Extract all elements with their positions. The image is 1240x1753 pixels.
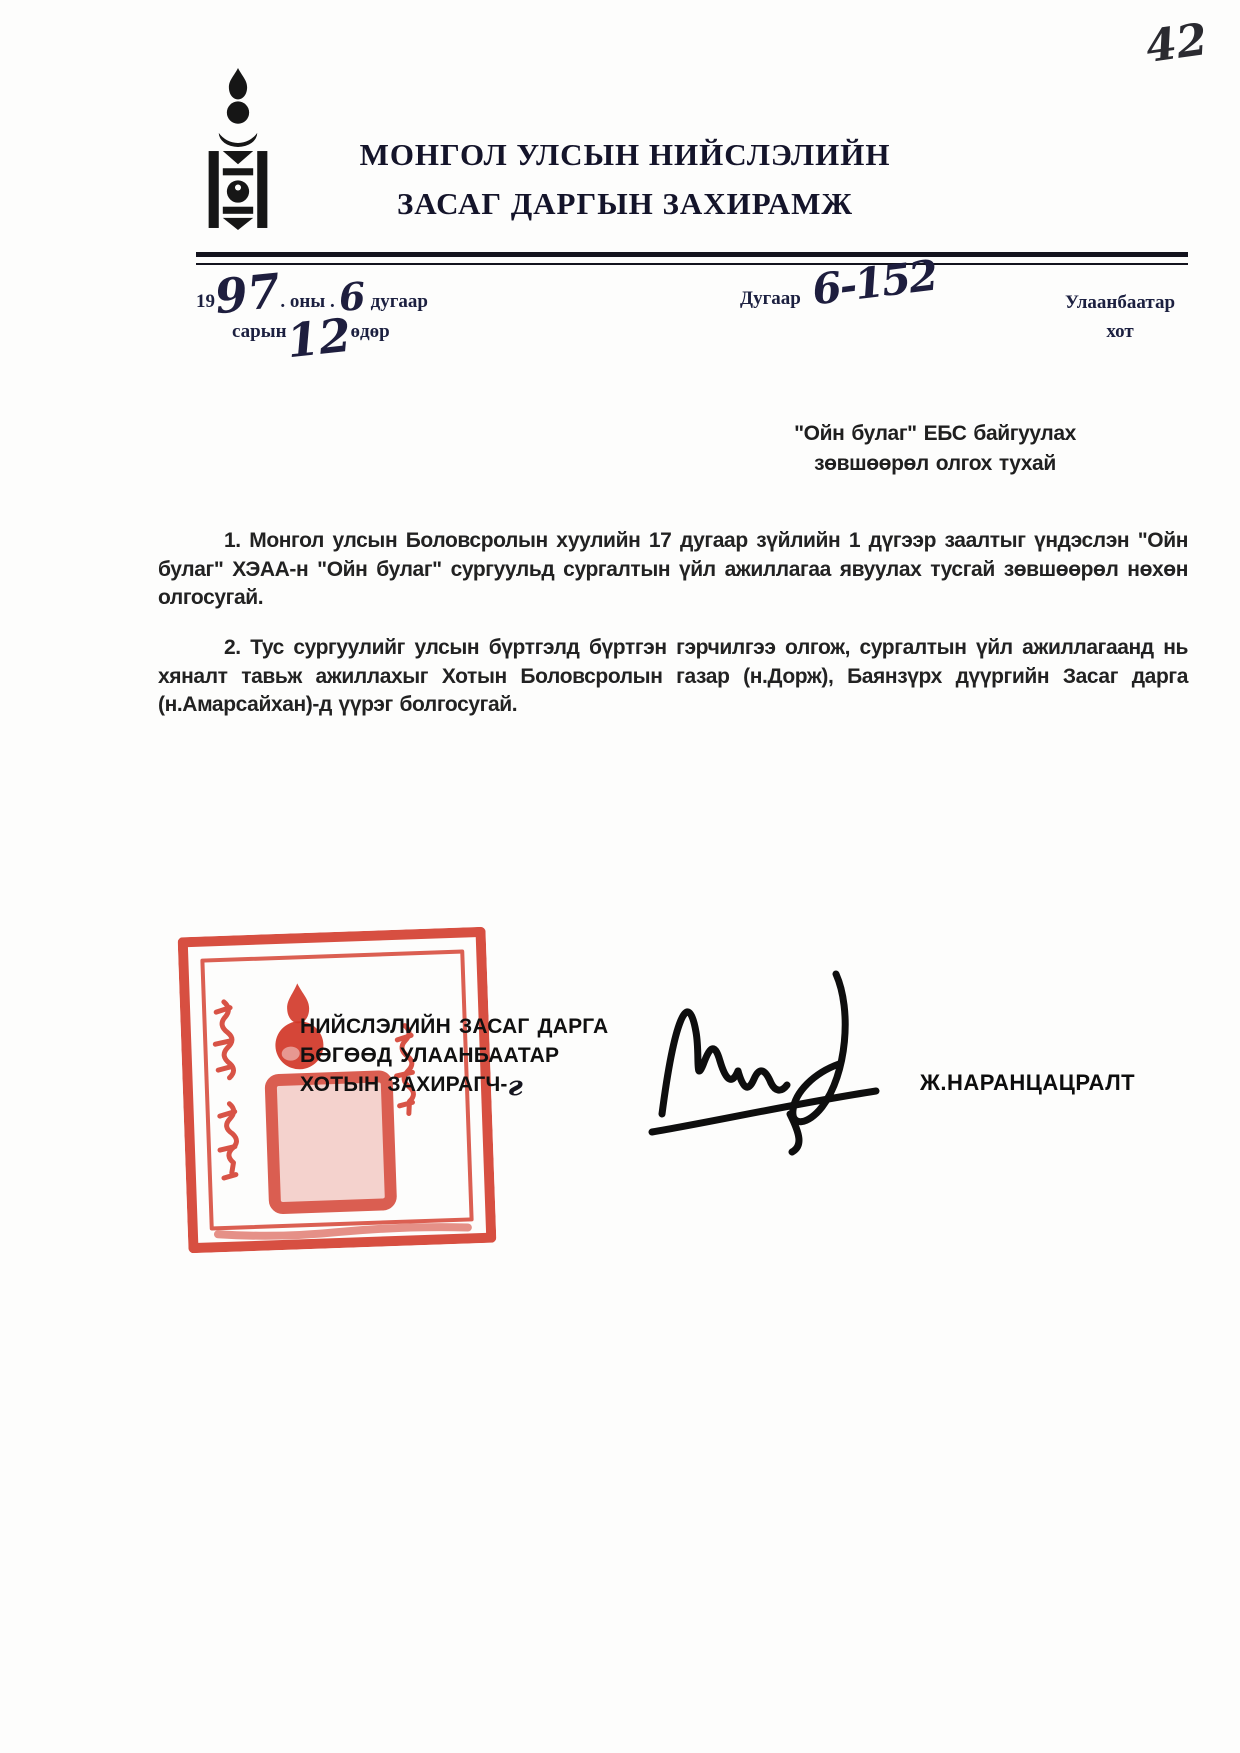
- subject-line-2: зөвшөөрөл олгох тухай: [700, 449, 1170, 479]
- handwritten-page-number: 42: [1144, 22, 1210, 65]
- title-line-2: ЗАСАГ ДАРГЫН ЗАХИРАМЖ: [300, 179, 950, 228]
- body-paragraph-2: 2. Тус сургуулийг улсын бүртгэлд бүртгэн…: [158, 634, 1188, 720]
- document-page: 42 МОНГОЛ УЛСЫН НИЙСЛЭЛИЙН ЗАСАГ ДАРГЫН …: [0, 0, 1240, 1753]
- date-saryn: сарын: [232, 321, 287, 342]
- subject-block: "Ойн булаг" ЕБС байгуулах зөвшөөрөл олго…: [700, 419, 1170, 479]
- signatory-title-line-2: БӨГӨӨД УЛААНБААТАР: [300, 1041, 608, 1070]
- date-prefix: 19: [196, 291, 215, 312]
- title-line-1: МОНГОЛ УЛСЫН НИЙСЛЭЛИЙН: [300, 130, 950, 179]
- letterhead-title: МОНГОЛ УЛСЫН НИЙСЛЭЛИЙН ЗАСАГ ДАРГЫН ЗАХ…: [300, 130, 950, 228]
- handwritten-year: 97: [213, 273, 282, 317]
- date-line-2: сарын12өдөр: [232, 314, 390, 351]
- handwritten-signature: [640, 952, 890, 1157]
- date-dugaar: дугаар: [371, 291, 428, 312]
- place-block: Улаанбаатар хот: [1040, 288, 1200, 346]
- subject-line-1: "Ойн булаг" ЕБС байгуулах: [700, 419, 1170, 449]
- signatory-title-line-3: ХОТЫН ЗАХИРАГЧ-г: [300, 1070, 608, 1099]
- handwritten-decree-number: 6-152: [810, 259, 937, 307]
- signatory-name: Ж.НАРАНЦАЦРАЛТ: [920, 1070, 1135, 1096]
- number-label: Дугаар: [740, 288, 801, 310]
- horizontal-rule-thin: [196, 263, 1188, 265]
- horizontal-rule-thick: [196, 252, 1188, 257]
- signatory-title-line-1: НИЙСЛЭЛИЙН ЗАСАГ ДАРГА: [300, 1012, 608, 1041]
- soyombo-emblem-icon: [206, 66, 270, 230]
- body-paragraph-1: 1. Монгол улсын Боловсролын хуулийн 17 д…: [158, 527, 1188, 613]
- handwritten-suffix: г: [508, 1076, 523, 1098]
- place-city: Улаанбаатар: [1040, 288, 1200, 317]
- place-hot: хот: [1040, 317, 1200, 346]
- signatory-title-block: НИЙСЛЭЛИЙН ЗАСАГ ДАРГА БӨГӨӨД УЛААНБААТА…: [300, 1012, 608, 1099]
- date-odor: өдөр: [351, 321, 390, 342]
- handwritten-day: 12: [285, 317, 353, 360]
